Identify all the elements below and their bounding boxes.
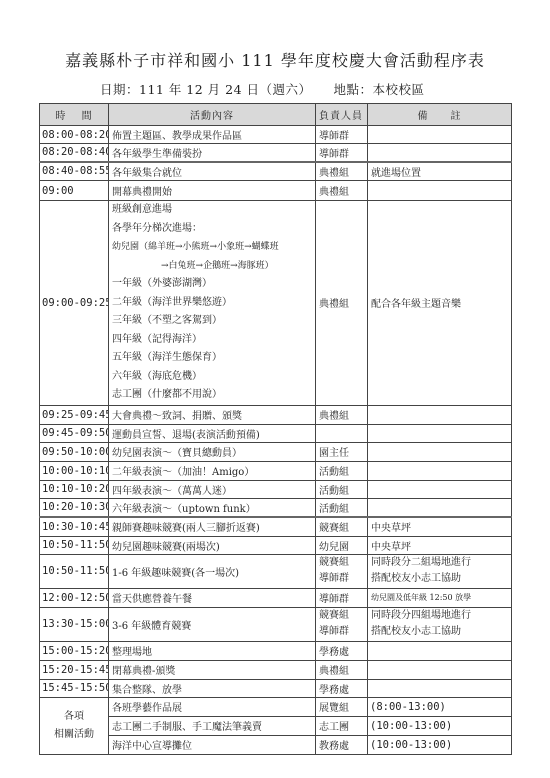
activity-cell: 佈置主題區、教學成果作品區 (109, 126, 316, 144)
table-row: 10:30-10:45 親師賽趣味競賽(兩人三腳折返賽) 競賽組 中央草坪 (40, 517, 512, 536)
person-line: 導師群 (319, 624, 364, 640)
time-cell: 10:50-11:50 (40, 554, 109, 588)
person-cell: 典禮組 (316, 201, 368, 406)
person-cell: 導師群 (316, 126, 368, 144)
table-row: 15:45-15:50 集合整隊、放學 學務處 (40, 679, 512, 697)
activity-cell: 幼兒園表演～（寶貝總動員） (109, 442, 316, 461)
note-cell (368, 660, 512, 679)
person-cell: 活動組 (316, 480, 368, 498)
activity-cell: 各年級學生準備裝扮 (109, 144, 316, 162)
note-line: 搭配校友小志工協助 (371, 571, 508, 587)
header-note: 備 註 (368, 104, 512, 126)
activity-cell: 大會典禮～致詞、捐贈、頒獎 (109, 405, 316, 424)
note-cell (368, 442, 512, 461)
note-cell (368, 405, 512, 424)
note-line: 搭配校友小志工協助 (371, 624, 508, 640)
activity-cell: 3-6 年級體育競賽 (109, 607, 316, 641)
activity-line: 幼兒園（綿羊班→小熊班→小象班→蝴蝶班 (112, 238, 312, 257)
table-row: 10:00-10:10 二年級表演～（加油！Amigo） 活動組 (40, 461, 512, 480)
note-cell (368, 480, 512, 498)
event-location: 地點：本校校區 (334, 82, 425, 97)
note-cell (368, 424, 512, 442)
activity-line: 五年級（海洋生態保育） (112, 349, 312, 368)
person-cell: 典禮組 (316, 181, 368, 201)
activity-cell: 1-6 年級趣味競賽(各一場次) (109, 554, 316, 588)
time-cell: 10:50-11:50 (40, 536, 109, 554)
time-cell: 10:20-10:30 (40, 498, 109, 517)
note-cell: 配合各年級主題音樂 (368, 201, 512, 406)
note-cell: 幼兒園及低年級 12:50 放學 (368, 588, 512, 607)
table-row: 08:20-08:40 各年級學生準備裝扮 導師群 (40, 144, 512, 162)
note-cell (368, 126, 512, 144)
person-cell: 競賽組 (316, 517, 368, 536)
note-line: 同時段分二組場地進行 (371, 555, 508, 571)
person-cell: 典禮組 (316, 405, 368, 424)
note-cell (368, 641, 512, 660)
activity-line: 四年級（記得海洋） (112, 331, 312, 350)
note-cell (368, 679, 512, 697)
person-cell: 學務處 (316, 641, 368, 660)
activity-cell: 開幕典禮開始 (109, 181, 316, 201)
activity-cell: 六年級表演～（uptown funk） (109, 498, 316, 517)
person-cell: 幼兒園 (316, 536, 368, 554)
activity-cell: 閉幕典禮-頒獎 (109, 660, 316, 679)
note-cell (368, 498, 512, 517)
person-cell: 展覽組 (316, 697, 368, 716)
table-row: 10:10-10:20 四年級表演～（萬萬人迷） 活動組 (40, 480, 512, 498)
table-row: 10:20-10:30 六年級表演～（uptown funk） 活動組 (40, 498, 512, 517)
related-label-line: 各項 (43, 708, 105, 726)
person-cell: 志工團 (316, 716, 368, 735)
table-row: 13:30-15:00 3-6 年級體育競賽 競賽組 導師群 同時段分四組場地進… (40, 607, 512, 641)
note-cell: (8:00-13:00) (368, 697, 512, 716)
related-activity-row: 各項 相關活動 各班學藝作品展 展覽組 (8:00-13:00) (40, 697, 512, 716)
person-cell: 典禮組 (316, 162, 368, 181)
note-line: 同時段分四組場地進行 (371, 608, 508, 624)
time-cell: 08:00-08:20 (40, 126, 109, 144)
time-cell: 10:00-10:10 (40, 461, 109, 480)
time-cell: 15:45-15:50 (40, 679, 109, 697)
activity-line: 二年級（海洋世界樂悠遊） (112, 294, 312, 313)
activity-line: 志工團（什麼都不用說） (112, 386, 312, 405)
note-cell (368, 144, 512, 162)
activity-line: 一年級（外婆澎湖灣） (112, 275, 312, 294)
note-cell: 中央草坪 (368, 517, 512, 536)
time-cell: 09:00 (40, 181, 109, 201)
activity-line: 各學年分梯次進場： (112, 220, 312, 239)
note-cell (368, 181, 512, 201)
person-cell: 活動組 (316, 498, 368, 517)
table-row: 10:50-11:50 幼兒園趣味競賽(兩場次) 幼兒園 中央草坪 (40, 536, 512, 554)
note-cell: (10:00-13:00) (368, 716, 512, 735)
related-activity-row: 海洋中心宣導攤位 教務處 (10:00-13:00) (40, 735, 512, 754)
table-row: 08:00-08:20 佈置主題區、教學成果作品區 導師群 (40, 126, 512, 144)
time-cell: 10:10-10:20 (40, 480, 109, 498)
person-cell: 導師群 (316, 144, 368, 162)
activity-cell: 四年級表演～（萬萬人迷） (109, 480, 316, 498)
header-activity: 活動內容 (109, 104, 316, 126)
table-row: 09:00 開幕典禮開始 典禮組 (40, 181, 512, 201)
person-line: 競賽組 (319, 555, 364, 571)
time-cell: 08:20-08:40 (40, 144, 109, 162)
activity-cell: 當天供應營養午餐 (109, 588, 316, 607)
time-cell: 08:40-08:55 (40, 162, 109, 181)
time-cell: 12:00-12:50 (40, 588, 109, 607)
table-row: 10:50-11:50 1-6 年級趣味競賽(各一場次) 競賽組 導師群 同時段… (40, 554, 512, 588)
activity-cell: 班級創意進場 各學年分梯次進場： 幼兒園（綿羊班→小熊班→小象班→蝴蝶班 →白兔… (109, 201, 316, 406)
related-label-line: 相關活動 (43, 726, 105, 744)
person-cell: 競賽組 導師群 (316, 554, 368, 588)
note-cell (368, 461, 512, 480)
table-row: 15:00-15:20 整理場地 學務處 (40, 641, 512, 660)
time-cell: 13:30-15:00 (40, 607, 109, 641)
table-header-row: 時 間 活動內容 負責人員 備 註 (40, 104, 512, 126)
activity-cell: 整理場地 (109, 641, 316, 660)
time-cell: 09:45-09:50 (40, 424, 109, 442)
person-cell: 學務處 (316, 679, 368, 697)
time-cell: 09:00-09:25 (40, 201, 109, 406)
activity-cell: 志工團二手制服、手工魔法筆義賣 (109, 716, 316, 735)
activity-line: 班級創意進場 (112, 201, 312, 220)
related-activities-label: 各項 相關活動 (40, 697, 109, 754)
person-cell (316, 424, 368, 442)
note-cell: 同時段分四組場地進行 搭配校友小志工協助 (368, 607, 512, 641)
activity-cell: 各班學藝作品展 (109, 697, 316, 716)
activity-cell: 各年級集合就位 (109, 162, 316, 181)
activity-line: 三年級（不塑之客駕到） (112, 312, 312, 331)
table-row: 09:50-10:00 幼兒園表演～（寶貝總動員） 園主任 (40, 442, 512, 461)
header-time: 時 間 (40, 104, 109, 126)
activity-line: →白兔班→企鵝班→海豚班） (112, 257, 312, 276)
activity-cell: 幼兒園趣味競賽(兩場次) (109, 536, 316, 554)
table-row: 09:25-09:45 大會典禮～致詞、捐贈、頒獎 典禮組 (40, 405, 512, 424)
table-row: 09:45-09:50 運動員宣誓、退場(表演活動預備) (40, 424, 512, 442)
activity-cell: 親師賽趣味競賽(兩人三腳折返賽) (109, 517, 316, 536)
table-row: 08:40-08:55 各年級集合就位 典禮組 就進場位置 (40, 162, 512, 181)
person-cell: 典禮組 (316, 660, 368, 679)
activity-cell: 二年級表演～（加油！Amigo） (109, 461, 316, 480)
activity-line: 六年級（海底危機） (112, 368, 312, 387)
activity-cell: 海洋中心宣導攤位 (109, 735, 316, 754)
time-cell: 09:50-10:00 (40, 442, 109, 461)
header-person: 負責人員 (316, 104, 368, 126)
activity-cell: 集合整隊、放學 (109, 679, 316, 697)
table-row-class-entrance: 09:00-09:25 班級創意進場 各學年分梯次進場： 幼兒園（綿羊班→小熊班… (40, 201, 512, 406)
person-cell: 活動組 (316, 461, 368, 480)
time-cell: 10:30-10:45 (40, 517, 109, 536)
person-cell: 導師群 (316, 588, 368, 607)
table-row: 15:20-15:45 閉幕典禮-頒獎 典禮組 (40, 660, 512, 679)
person-cell: 園主任 (316, 442, 368, 461)
time-cell: 09:25-09:45 (40, 405, 109, 424)
note-cell: 中央草坪 (368, 536, 512, 554)
person-line: 競賽組 (319, 608, 364, 624)
schedule-table: 時 間 活動內容 負責人員 備 註 08:00-08:20 佈置主題區、教學成果… (39, 103, 512, 755)
time-cell: 15:00-15:20 (40, 641, 109, 660)
note-cell: (10:00-13:00) (368, 735, 512, 754)
person-cell: 競賽組 導師群 (316, 607, 368, 641)
event-info: 日期：111 年 12 月 24 日（週六）地點：本校校區 (100, 80, 425, 98)
event-date: 日期：111 年 12 月 24 日（週六） (100, 82, 312, 97)
page-title: 嘉義縣朴子市祥和國小 111 學年度校慶大會活動程序表 (0, 48, 550, 71)
table-row: 12:00-12:50 當天供應營養午餐 導師群 幼兒園及低年級 12:50 放… (40, 588, 512, 607)
note-cell: 同時段分二組場地進行 搭配校友小志工協助 (368, 554, 512, 588)
note-cell: 就進場位置 (368, 162, 512, 181)
time-cell: 15:20-15:45 (40, 660, 109, 679)
activity-cell: 運動員宣誓、退場(表演活動預備) (109, 424, 316, 442)
person-cell: 教務處 (316, 735, 368, 754)
person-line: 導師群 (319, 571, 364, 587)
related-activity-row: 志工團二手制服、手工魔法筆義賣 志工團 (10:00-13:00) (40, 716, 512, 735)
